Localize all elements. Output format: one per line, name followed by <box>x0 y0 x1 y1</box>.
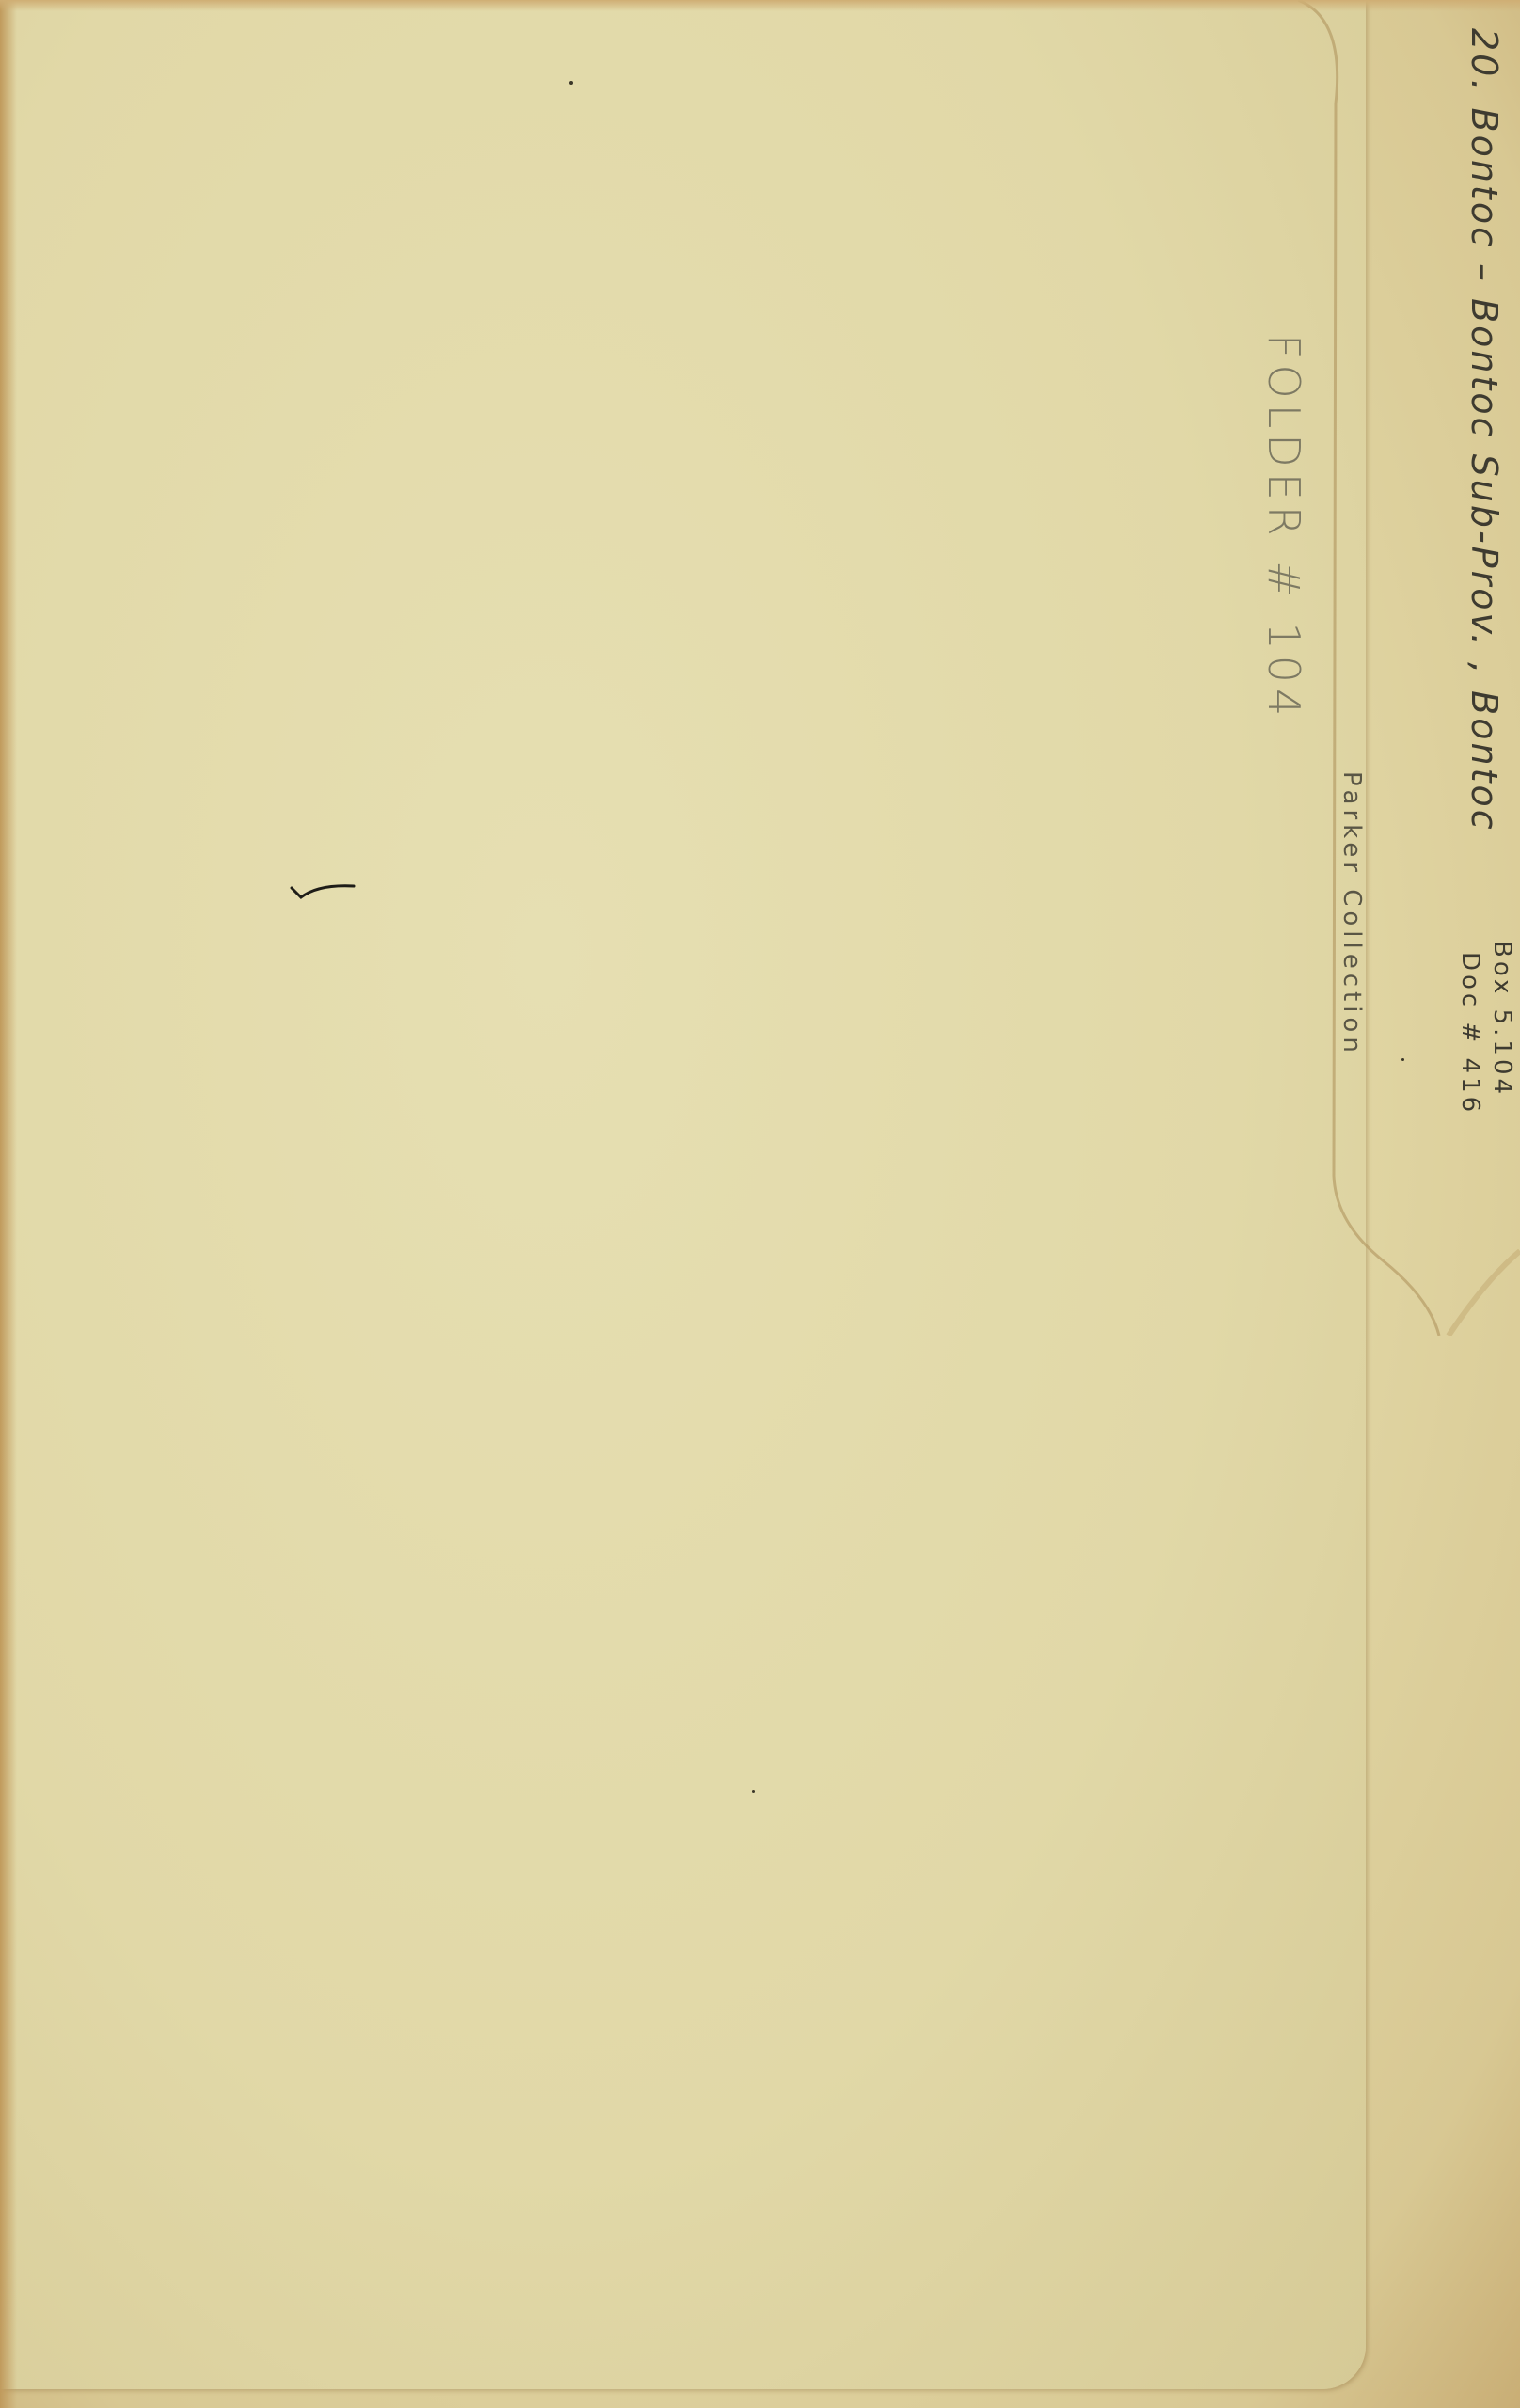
doc-number: Doc # 416 <box>1456 952 1484 1116</box>
folder-front-panel <box>0 0 1366 2389</box>
check-mark-icon <box>290 877 356 905</box>
folder-number: FOLDER # 104 <box>1259 334 1309 721</box>
scan-edge-top <box>0 0 1520 11</box>
scan-edge-left <box>0 0 17 2408</box>
collection-note: Parker Collection <box>1338 771 1366 1057</box>
box-number: Box 5.104 <box>1488 941 1516 1098</box>
paper-speck <box>569 81 573 85</box>
paper-speck <box>752 1790 755 1793</box>
tab-label: 20. Bontoc – Bontoc Sub-Prov. , Bontoc <box>1464 28 1505 832</box>
paper-speck <box>1401 1058 1404 1061</box>
